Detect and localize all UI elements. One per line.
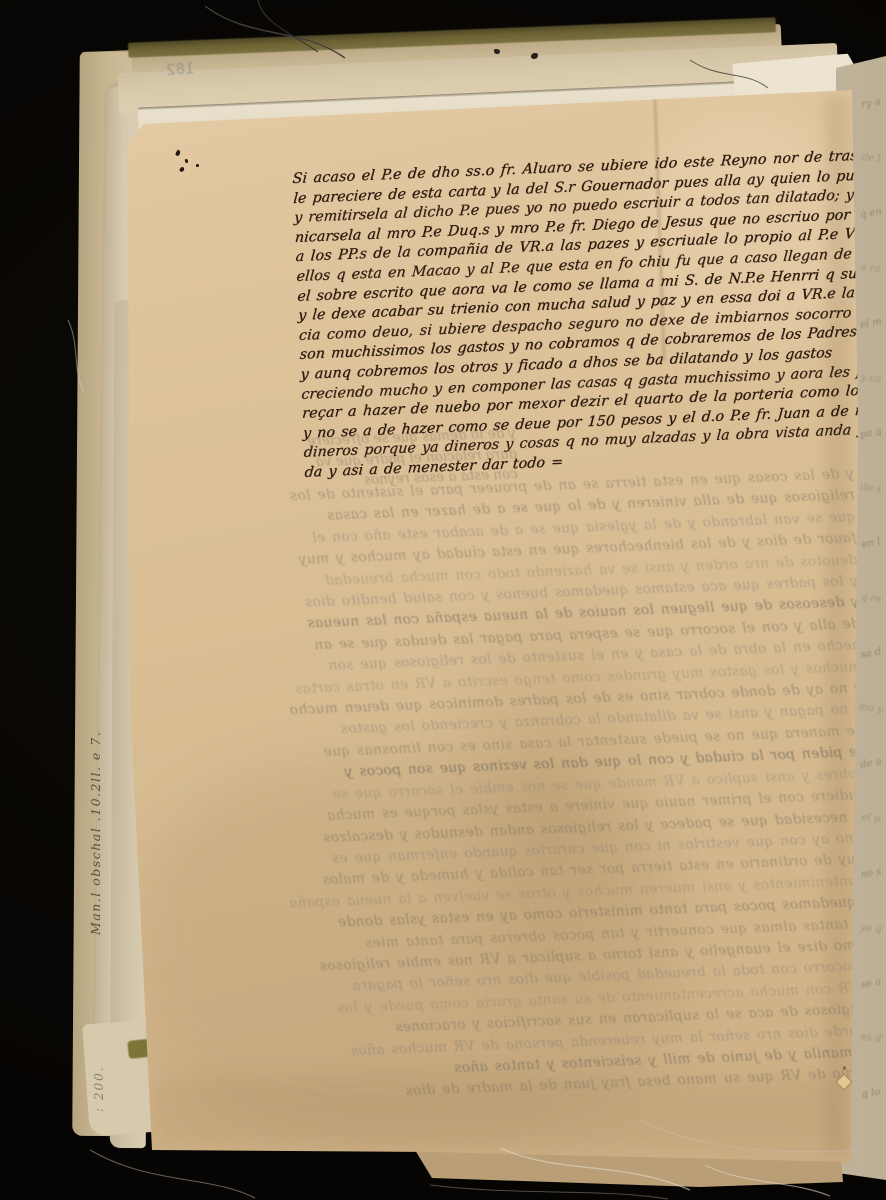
faint-text-fragment: se a xyxy=(856,954,886,1013)
faint-text-fragment: pa q xyxy=(856,404,886,463)
faint-text-fragment: en l xyxy=(856,514,886,573)
ink-fleck xyxy=(196,164,199,167)
faint-text-fragment: el m xyxy=(856,294,886,353)
faint-text-fragment: ya q xyxy=(856,899,886,957)
faint-text-fragment: s ra xyxy=(856,239,886,297)
ink-fleck xyxy=(185,159,189,164)
faint-text-fragment: el p xyxy=(856,789,886,847)
faint-text-fragment: mo y xyxy=(856,679,886,737)
faint-text-fragment: es d xyxy=(856,1009,886,1067)
faint-folio-number-182: 182 xyxy=(165,59,195,79)
marginal-annotation-vertical: Man.l obschal .10.2ll. e 7. xyxy=(88,535,103,935)
ink-fleck xyxy=(179,166,185,172)
faint-text-fragment: de a xyxy=(856,734,886,793)
wormhole-dot xyxy=(843,1066,846,1070)
ink-speck xyxy=(494,49,500,54)
right-page-faint-text: ry ade lq ens rael my copa qdo sen lq re… xyxy=(856,76,886,1156)
faint-text-fragment: sa d xyxy=(856,624,886,683)
faint-text-fragment: de l xyxy=(856,129,886,187)
faint-text-fragment: q lo xyxy=(856,1064,886,1123)
marginal-annotation-vertical-2: : 200. xyxy=(92,952,106,1112)
faint-text-fragment: q re xyxy=(856,569,886,627)
faint-text-fragment: q en xyxy=(856,184,886,243)
faint-text-fragment: no s xyxy=(856,844,886,903)
bleedthrough-text-block: y de las cosas que en esta tierra se an … xyxy=(142,464,878,1112)
faint-text-fragment: do s xyxy=(856,459,886,517)
ink-fleck xyxy=(175,149,181,156)
manuscript-photo: 182 19 ry ade lq ens rael my copa qdo se… xyxy=(0,0,886,1200)
faint-text-fragment: ry a xyxy=(856,76,886,133)
faint-text-fragment: y co xyxy=(856,349,886,407)
